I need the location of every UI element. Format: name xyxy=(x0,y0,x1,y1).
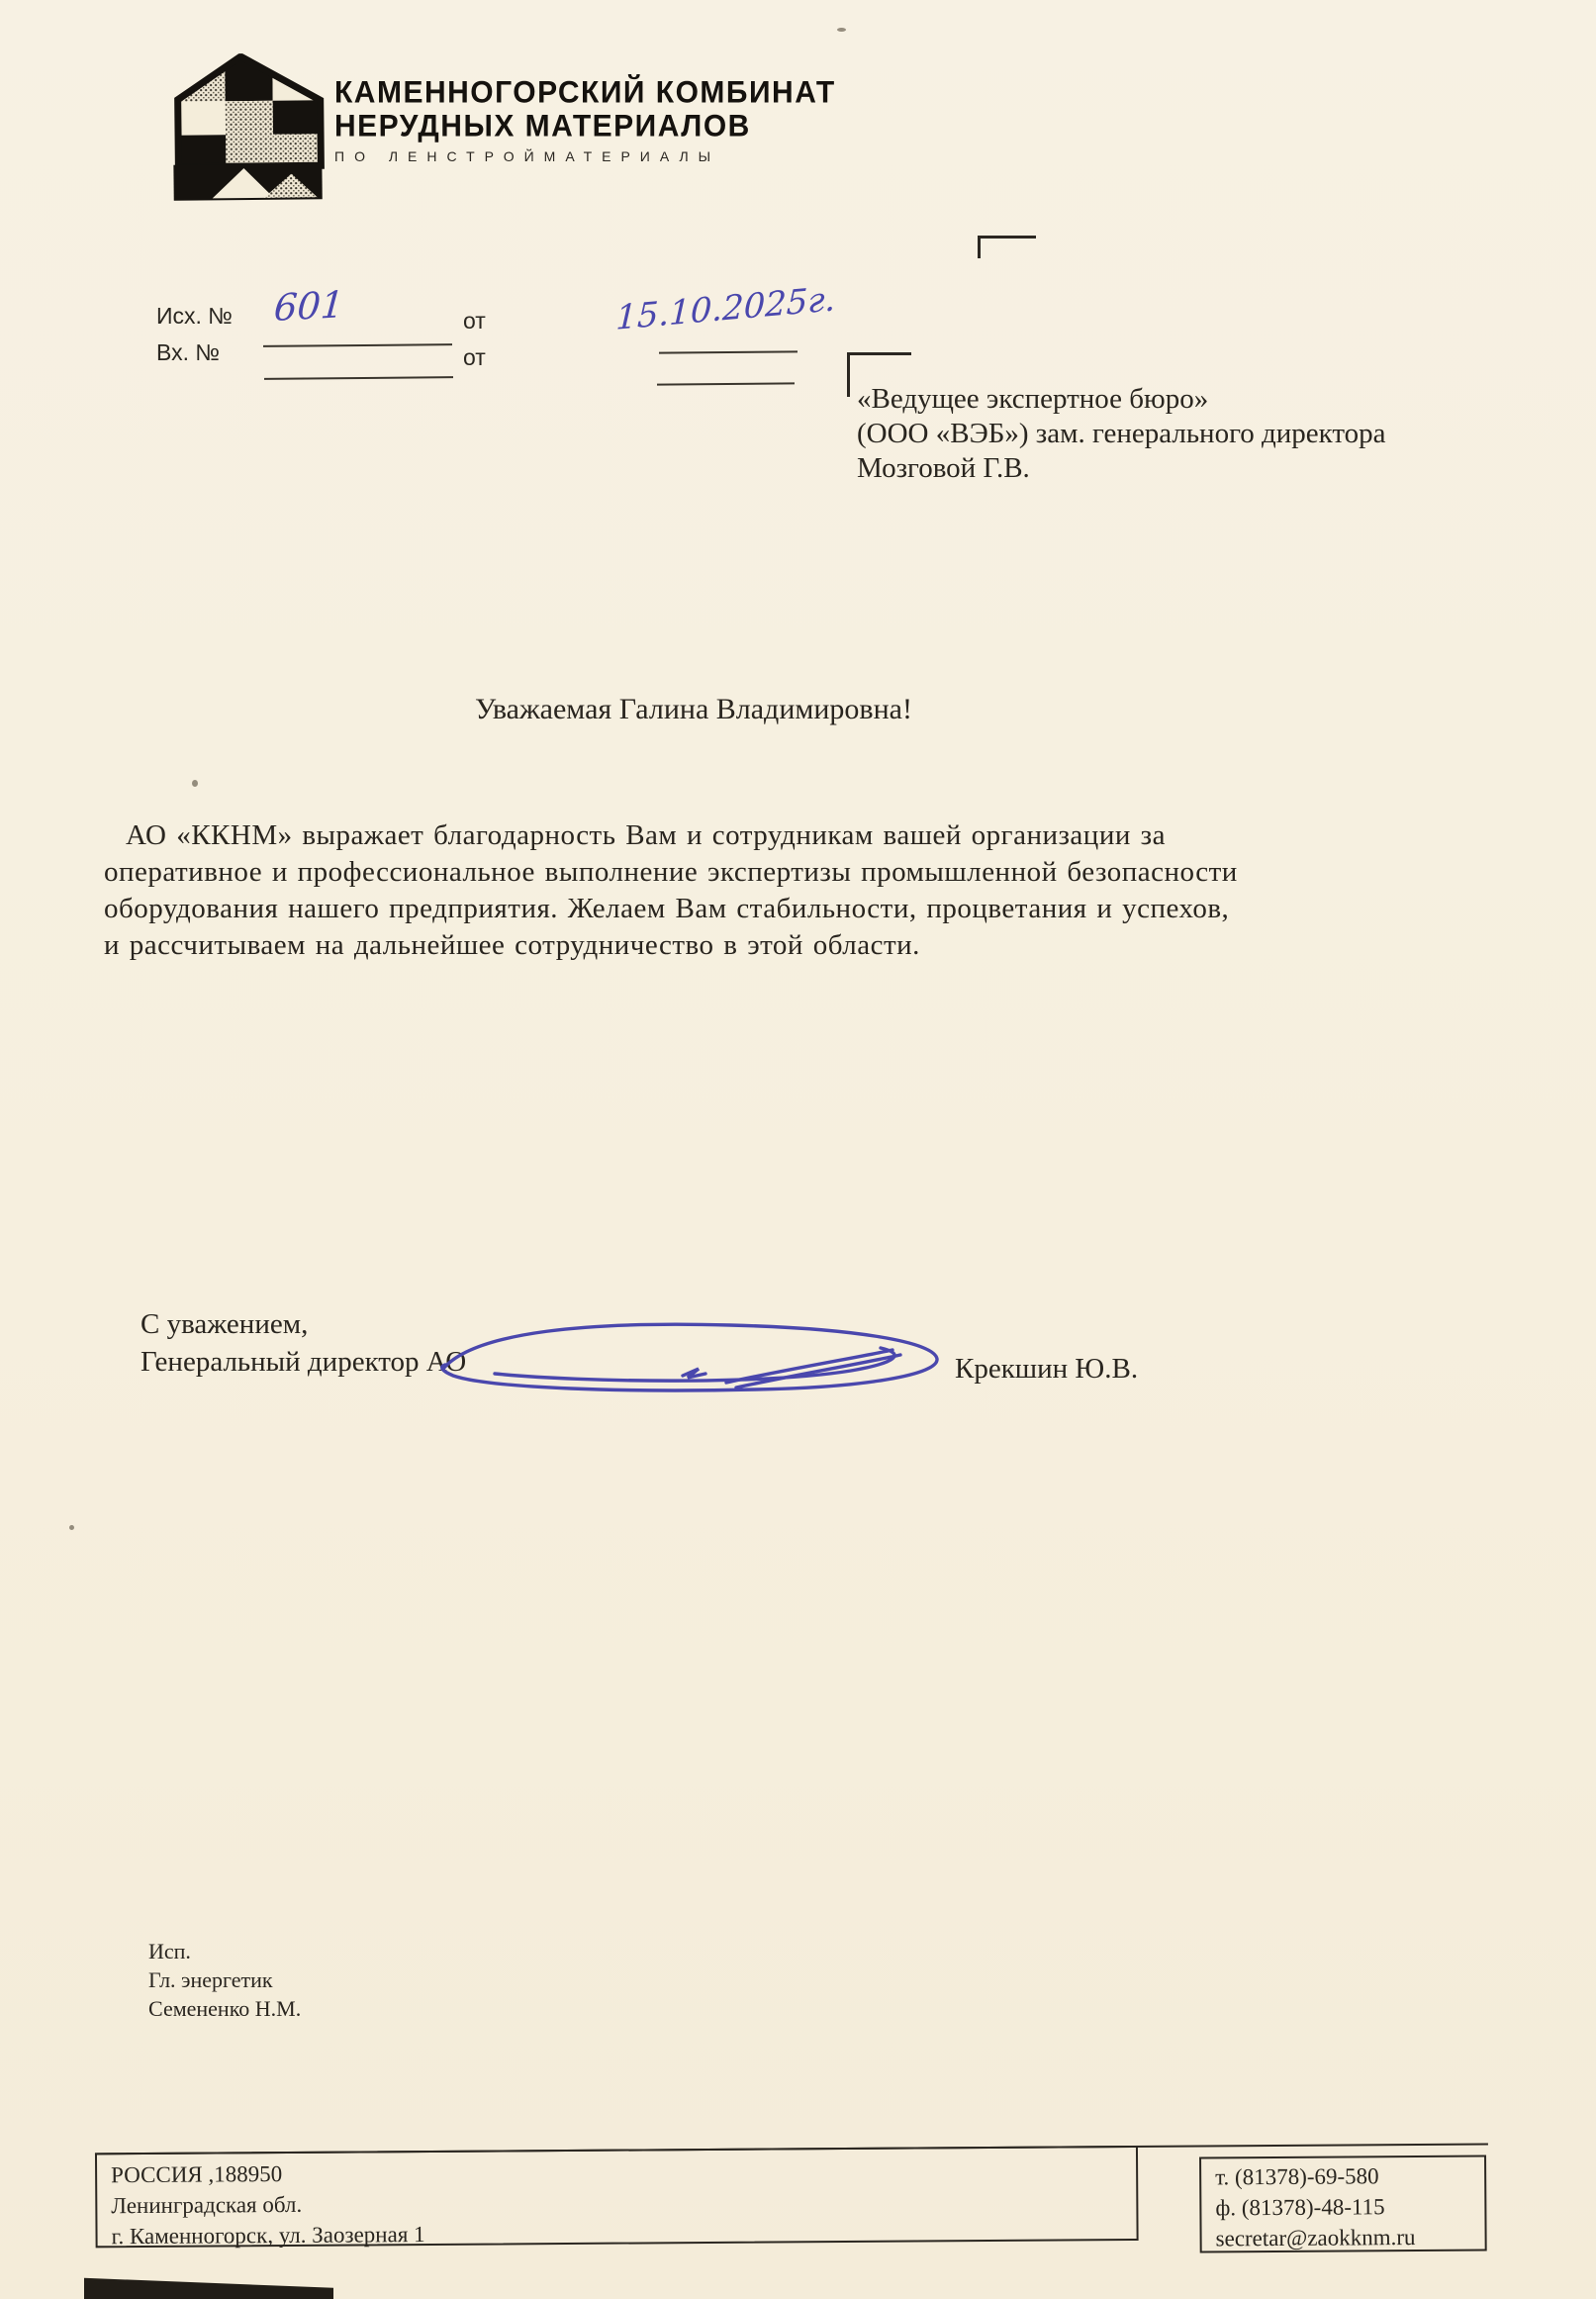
footer-phone: т. (81378)-69-580 xyxy=(1215,2160,1484,2193)
scan-speck xyxy=(69,1525,74,1530)
footer: РОССИЯ ,188950 Ленинградская обл. г. Кам… xyxy=(0,0,1596,2299)
footer-email: secretar@zaokknm.ru xyxy=(1215,2222,1484,2254)
footer-fax: ф. (81378)-48-115 xyxy=(1215,2191,1484,2224)
scan-speck xyxy=(192,780,198,787)
scanned-letter-page: КАМЕННОГОРСКИЙ КОМБИНАТ НЕРУДНЫХ МАТЕРИА… xyxy=(0,0,1596,2299)
footer-address-box: РОССИЯ ,188950 Ленинградская обл. г. Кам… xyxy=(95,2146,1139,2248)
footer-address-line: г. Каменногорск, ул. Заозерная 1 xyxy=(111,2214,1136,2251)
footer-contacts-box: т. (81378)-69-580 ф. (81378)-48-115 secr… xyxy=(1199,2155,1487,2253)
scan-speck xyxy=(837,28,846,32)
